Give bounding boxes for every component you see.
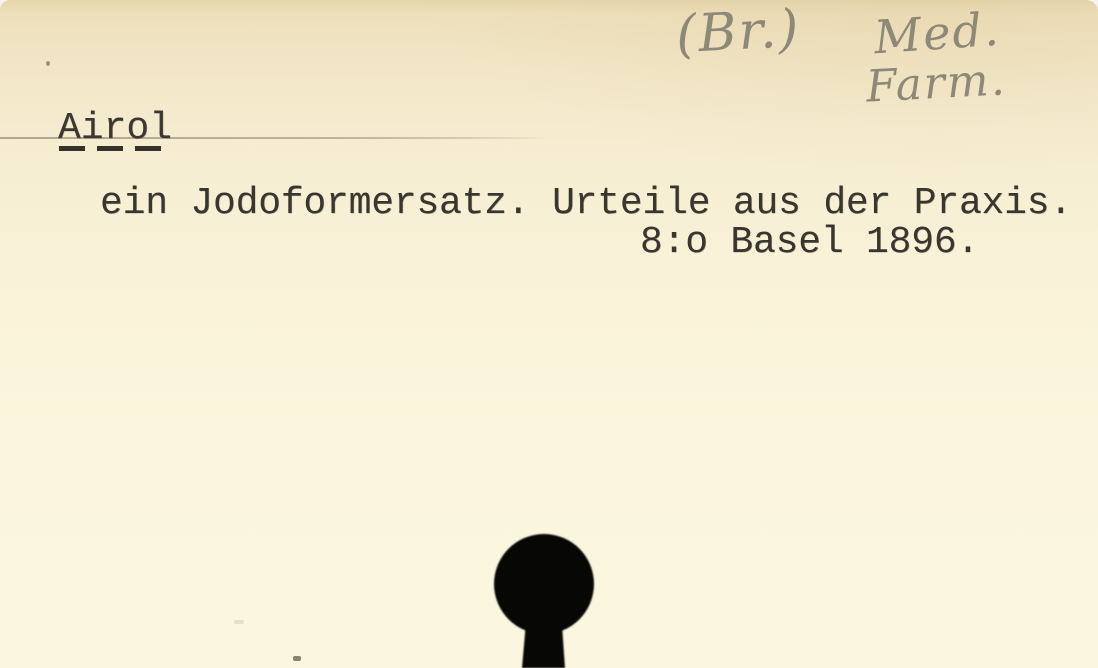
paper-smudge: [234, 620, 244, 624]
pencil-siglum: (Br.): [675, 0, 802, 65]
heading-underline-dashes: [59, 146, 171, 151]
paper-speck: [46, 61, 50, 66]
card-heading: Airol: [58, 110, 172, 148]
entry-text-line1: ein Jodoformersatz. Urteile aus der Prax…: [100, 185, 1072, 223]
entry-text-line2: 8:o Basel 1896.: [640, 224, 979, 262]
paper-speck: [293, 656, 301, 661]
keyhole-punch-hole-icon: [487, 529, 603, 668]
catalog-card: (Br.) Med. Farm. Airol ein Jodoformersat…: [0, 0, 1098, 668]
pencil-classification-line2: Farm.: [865, 54, 1008, 112]
